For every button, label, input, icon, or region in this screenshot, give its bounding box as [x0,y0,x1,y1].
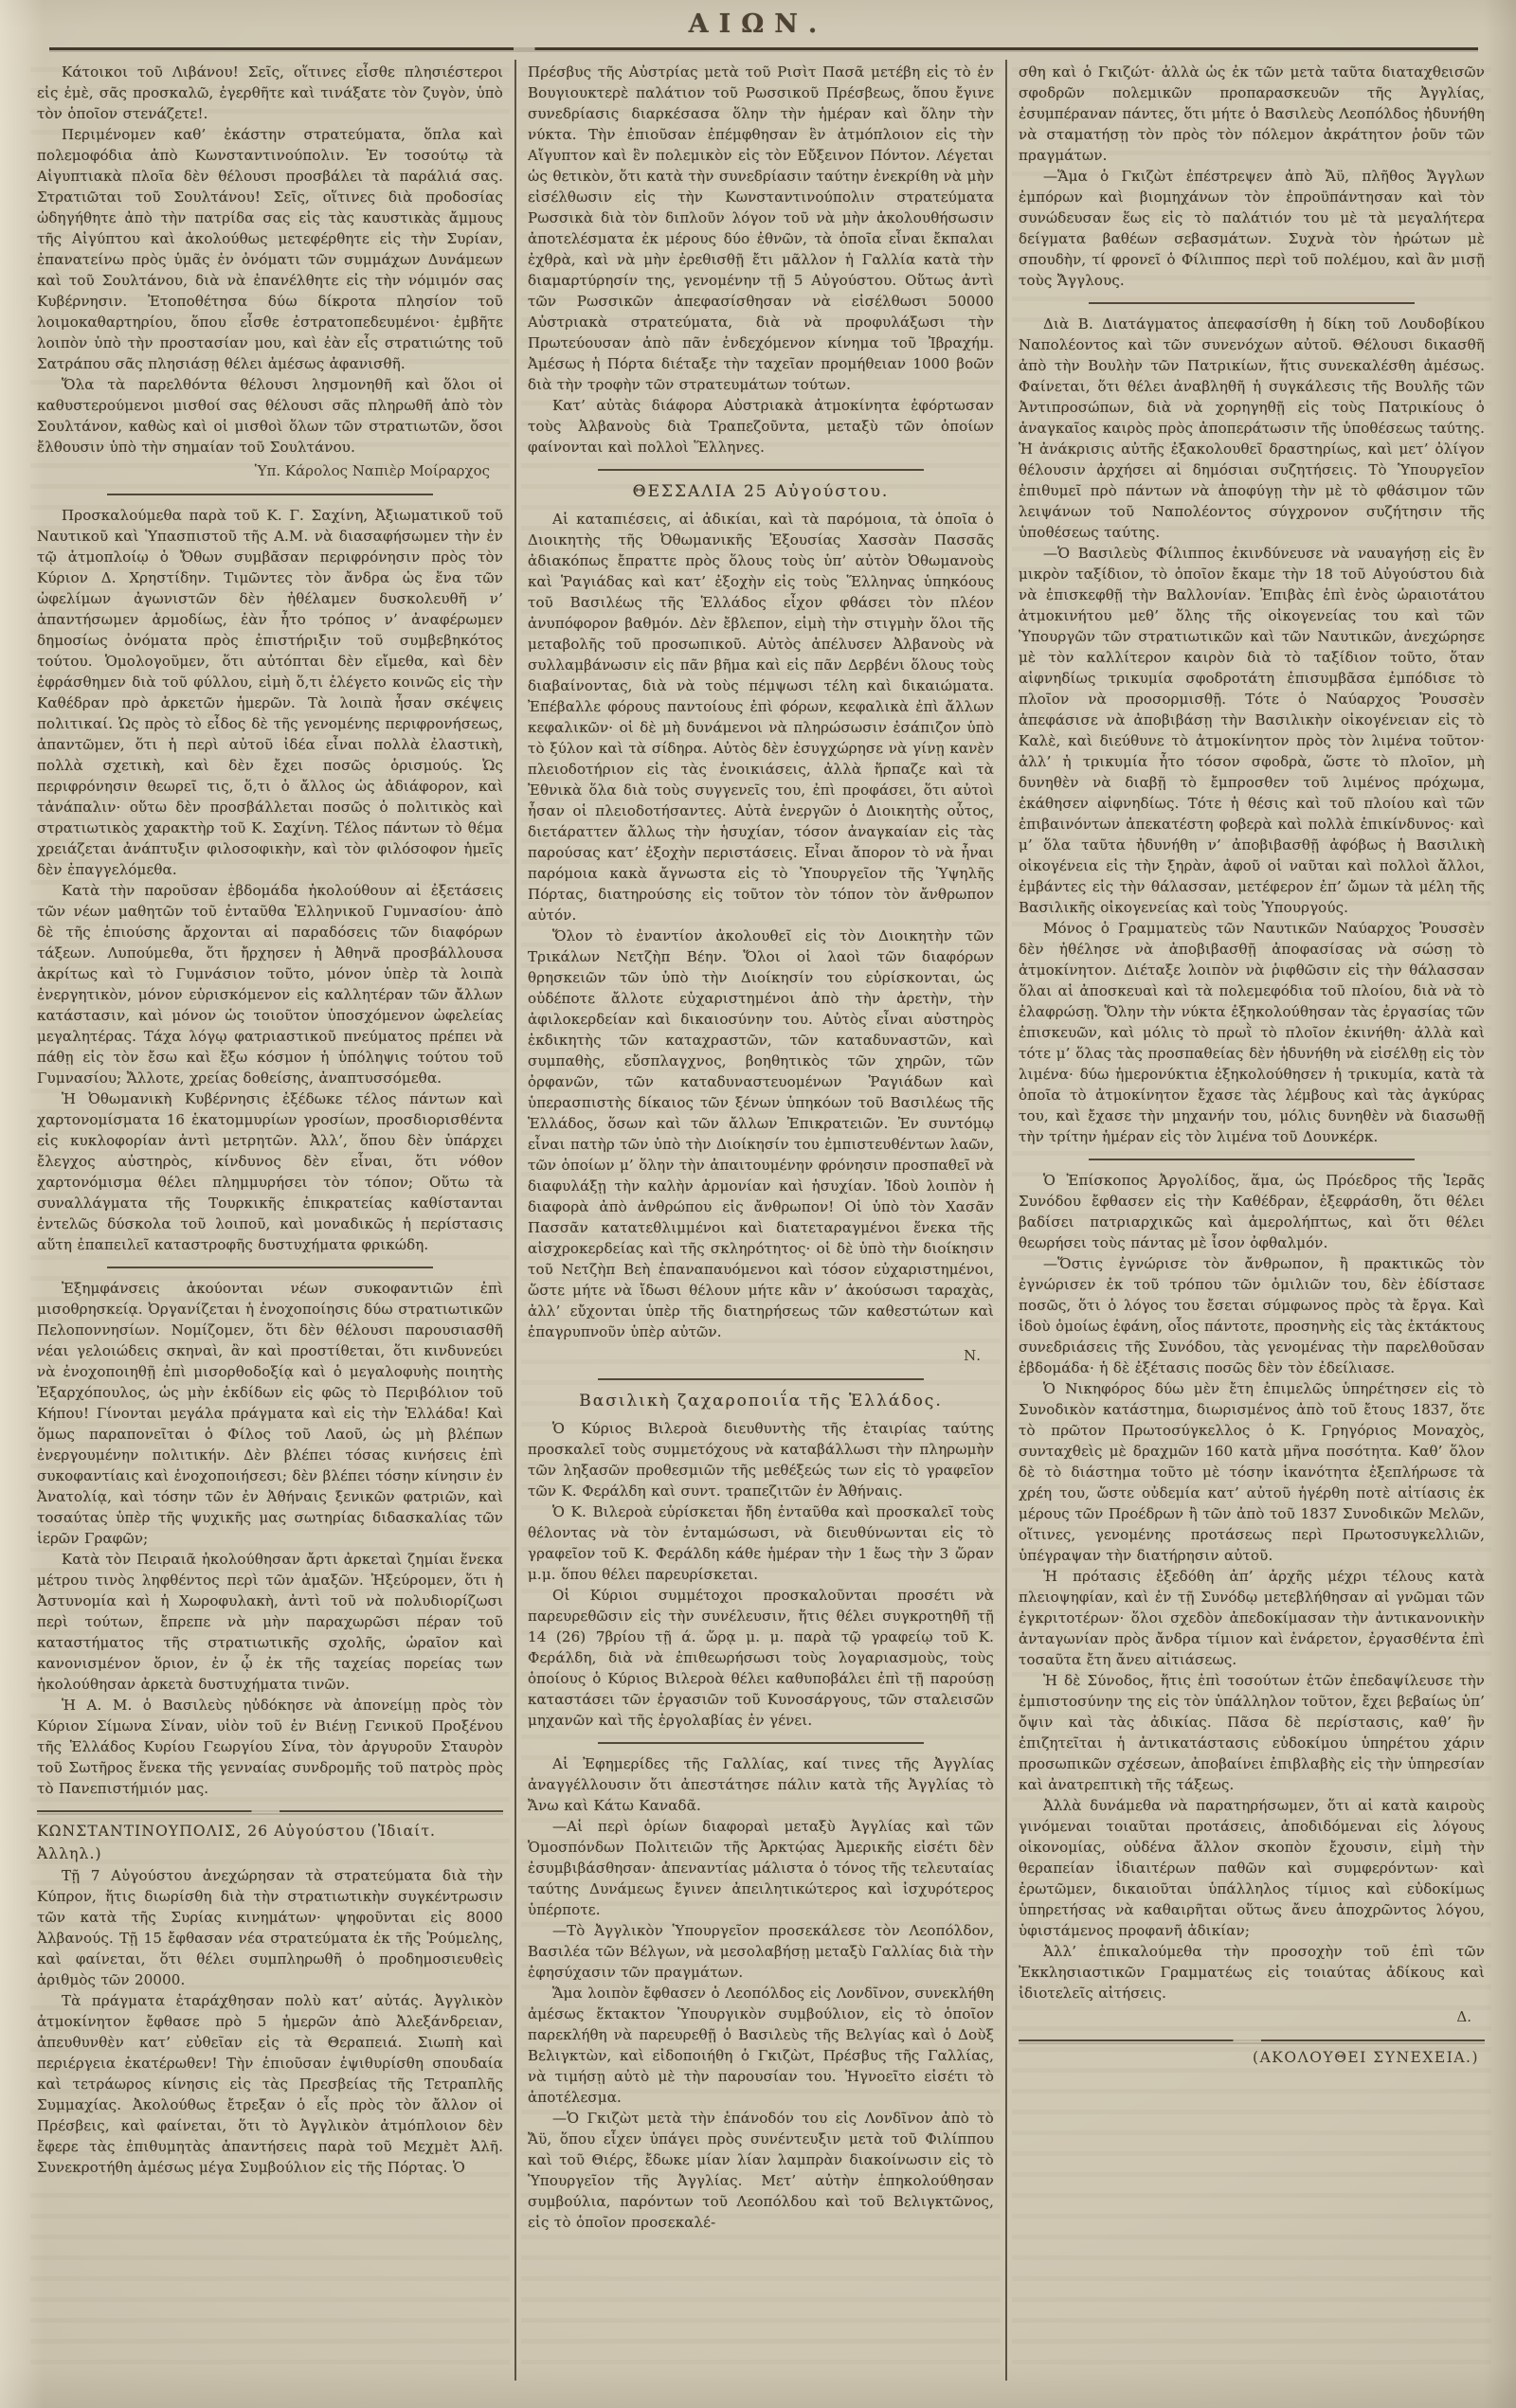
paragraph: —Ὅστις ἐγνώρισε τὸν ἄνθρωπον, ἢ πρακτικῶ… [1019,1253,1485,1378]
paragraph: Αἱ καταπιέσεις, αἱ ἀδικίαι, καὶ τὰ παρόμ… [528,509,994,925]
paragraph: Ὁ Κ. Βιλεροὰ εὑρίσκεται ἤδη ἐνταῦθα καὶ … [528,1501,994,1585]
continuation-notice: (ΑΚΟΛΟΥΘΕΙ ΣΥΝΕΧΕΙΑ.) [1019,2049,1485,2066]
column-center: Πρέσβυς τῆς Αὐστρίας μετὰ τοῦ Ρισὶτ Πασᾶ… [521,60,1001,2381]
paragraph-continuation: Πρέσβυς τῆς Αὐστρίας μετὰ τοῦ Ρισὶτ Πασᾶ… [528,62,994,395]
section-rule [1089,302,1415,304]
paragraph: —Αἱ περὶ ὁρίων διαφοραὶ μεταξὺ Ἀγγλίας κ… [528,1816,994,1920]
section-rule [598,1378,924,1380]
paragraph: Μόνος ὁ Γραμματεὺς τῶν Ναυτικῶν Ναύαρχος… [1019,918,1485,1147]
section-heading: Βασιλικὴ ζαχαροποιΐα τῆς Ἑλλάδος. [528,1392,994,1411]
paragraph: Ὁ Ἐπίσκοπος Ἀργολίδος, ἅμα, ὡς Πρόεδρος … [1019,1170,1485,1253]
paragraph: Κάτοικοι τοῦ Λιβάνου! Σεῖς, οἵτινες εἶσθ… [37,62,503,124]
paragraph: Ὁ Κύριος Βιλεροὰ διευθυντὴς τῆς ἑταιρίας… [528,1418,994,1501]
signature: Ν. [528,1344,994,1367]
paragraph: Ἅμα λοιπὸν ἔφθασεν ὁ Λεοπόλδος εἰς Λονδῖ… [528,1983,994,2108]
paragraph: Ὅλα τὰ παρελθόντα θέλουσι λησμονηθῆ καὶ … [37,374,503,458]
column-divider-left [514,60,516,2381]
section-rule [1089,1159,1415,1160]
double-rule [37,1810,503,1812]
paragraph: Κατὰ τὴν παροῦσαν ἑβδομάδα ἠκολούθουν αἱ… [37,880,503,1088]
column-divider-right [1005,60,1007,2381]
column-right: σθη καὶ ὁ Γκιζώτ· ἀλλὰ ὡς ἐκ τῶν μετὰ τα… [1012,60,1491,2381]
paragraph: Ἐξημφάνσεις ἀκούονται νέων συκοφαντιῶν ἐ… [37,1278,503,1549]
paragraph: —Τὸ Ἀγγλικὸν Ὑπουργεῖον προσεκάλεσε τὸν … [528,1920,994,1983]
paragraph: Κατὰ τὸν Πειραιᾶ ἠκολούθησαν ἄρτι ἀρκετα… [37,1549,503,1695]
paragraph: Τῇ 7 Αὐγούστου ἀνεχώρησαν τὰ στρατεύματα… [37,1865,503,1990]
paragraph: Ἀλλὰ δυνάμεθα νὰ παρατηρήσωμεν, ὅτι αἱ κ… [1019,1795,1485,1941]
paragraph-continuation: σθη καὶ ὁ Γκιζώτ· ἀλλὰ ὡς ἐκ τῶν μετὰ τα… [1019,62,1485,166]
paragraph: Περιμένομεν καθ’ ἑκάστην στρατεύματα, ὅπ… [37,124,503,374]
section-rule [598,1742,924,1744]
signature: Ὑπ. Κάρολος Ναπιὲρ Μοίραρχος [37,459,503,482]
paragraph: Οἱ Κύριοι συμμέτοχοι προσκαλοῦνται προσέ… [528,1585,994,1731]
dateline-heading: ΚΩΝΣΤΑΝΤΙΝΟΥΠΟΛΙΣ, 26 Αὐγούστου (Ἰδιαίτ.… [37,1820,503,1865]
paragraph: Ἡ Ὀθωμανικὴ Κυβέρνησις ἐξέδωκε τέλος πάν… [37,1088,503,1255]
columns-container: Κάτοικοι τοῦ Λιβάνου! Σεῖς, οἵτινες εἶσθ… [0,50,1516,2381]
paragraph: Ὁ Νικηφόρος δύω μὲν ἔτη ἐπιμελῶς ὑπηρέτη… [1019,1378,1485,1566]
paragraph: Αἱ Ἐφημερίδες τῆς Γαλλίας, καί τινες τῆς… [528,1753,994,1816]
paragraph: —Ἅμα ὁ Γκιζὼτ ἐπέστρεψεν ἀπὸ Ἄϋ, πλῆθος … [1019,166,1485,291]
paragraph: —Ὁ Βασιλεὺς Φίλιππος ἐκινδύνευσε νὰ ναυα… [1019,543,1485,918]
paragraph: Προσκαλούμεθα παρὰ τοῦ Κ. Γ. Σαχίνη, Ἀξι… [37,505,503,880]
paragraph: Ἡ πρότασις ἐξεδόθη ἀπ’ ἀρχῆς μέχρι τέλου… [1019,1566,1485,1670]
paragraph: Ὅλον τὸ ἐναντίον ἀκολουθεῖ εἰς τὸν Διοικ… [528,925,994,1342]
paragraph: —Ὁ Γκιζὼτ μετὰ τὴν ἐπάνοδόν του εἰς Λονδ… [528,2108,994,2233]
section-rule [107,1267,433,1268]
paragraph: Διὰ Β. Διατάγματος ἀπεφασίσθη ἡ δίκη τοῦ… [1019,314,1485,543]
section-heading: ΘΕΣΣΑΛΙΑ 25 Αὐγούστου. [528,482,994,501]
paragraph: Κατ’ αὐτὰς διάφορα Αὐστριακὰ ἀτμοκίνητα … [528,395,994,458]
double-rule [1019,2040,1485,2041]
newspaper-page: ΑΙΩΝ. Κάτοικοι τοῦ Λιβάνου! Σεῖς, οἵτινε… [0,0,1516,2408]
section-rule [598,469,924,471]
paragraph: Ἀλλ’ ἐπικαλούμεθα τὴν προσοχὴν τοῦ ἐπὶ τ… [1019,1941,1485,2004]
masthead-title: ΑΙΩΝ. [0,9,1516,39]
section-rule [107,494,433,495]
paragraph: Ἡ δὲ Σύνοδος, ἥτις ἐπὶ τοσούτων ἐτῶν ἐπε… [1019,1670,1485,1795]
column-left: Κάτοικοι τοῦ Λιβάνου! Σεῖς, οἵτινες εἶσθ… [30,60,510,2381]
signature: Δ. [1019,2005,1485,2028]
paragraph: Τὰ πράγματα ἐταράχθησαν πολὺ κατ’ αὐτάς.… [37,1990,503,2178]
masthead: ΑΙΩΝ. [0,0,1516,39]
paragraph: Ἡ Α. Μ. ὁ Βασιλεὺς ηὐδόκησε νὰ ἀπονείμῃ … [37,1695,503,1799]
